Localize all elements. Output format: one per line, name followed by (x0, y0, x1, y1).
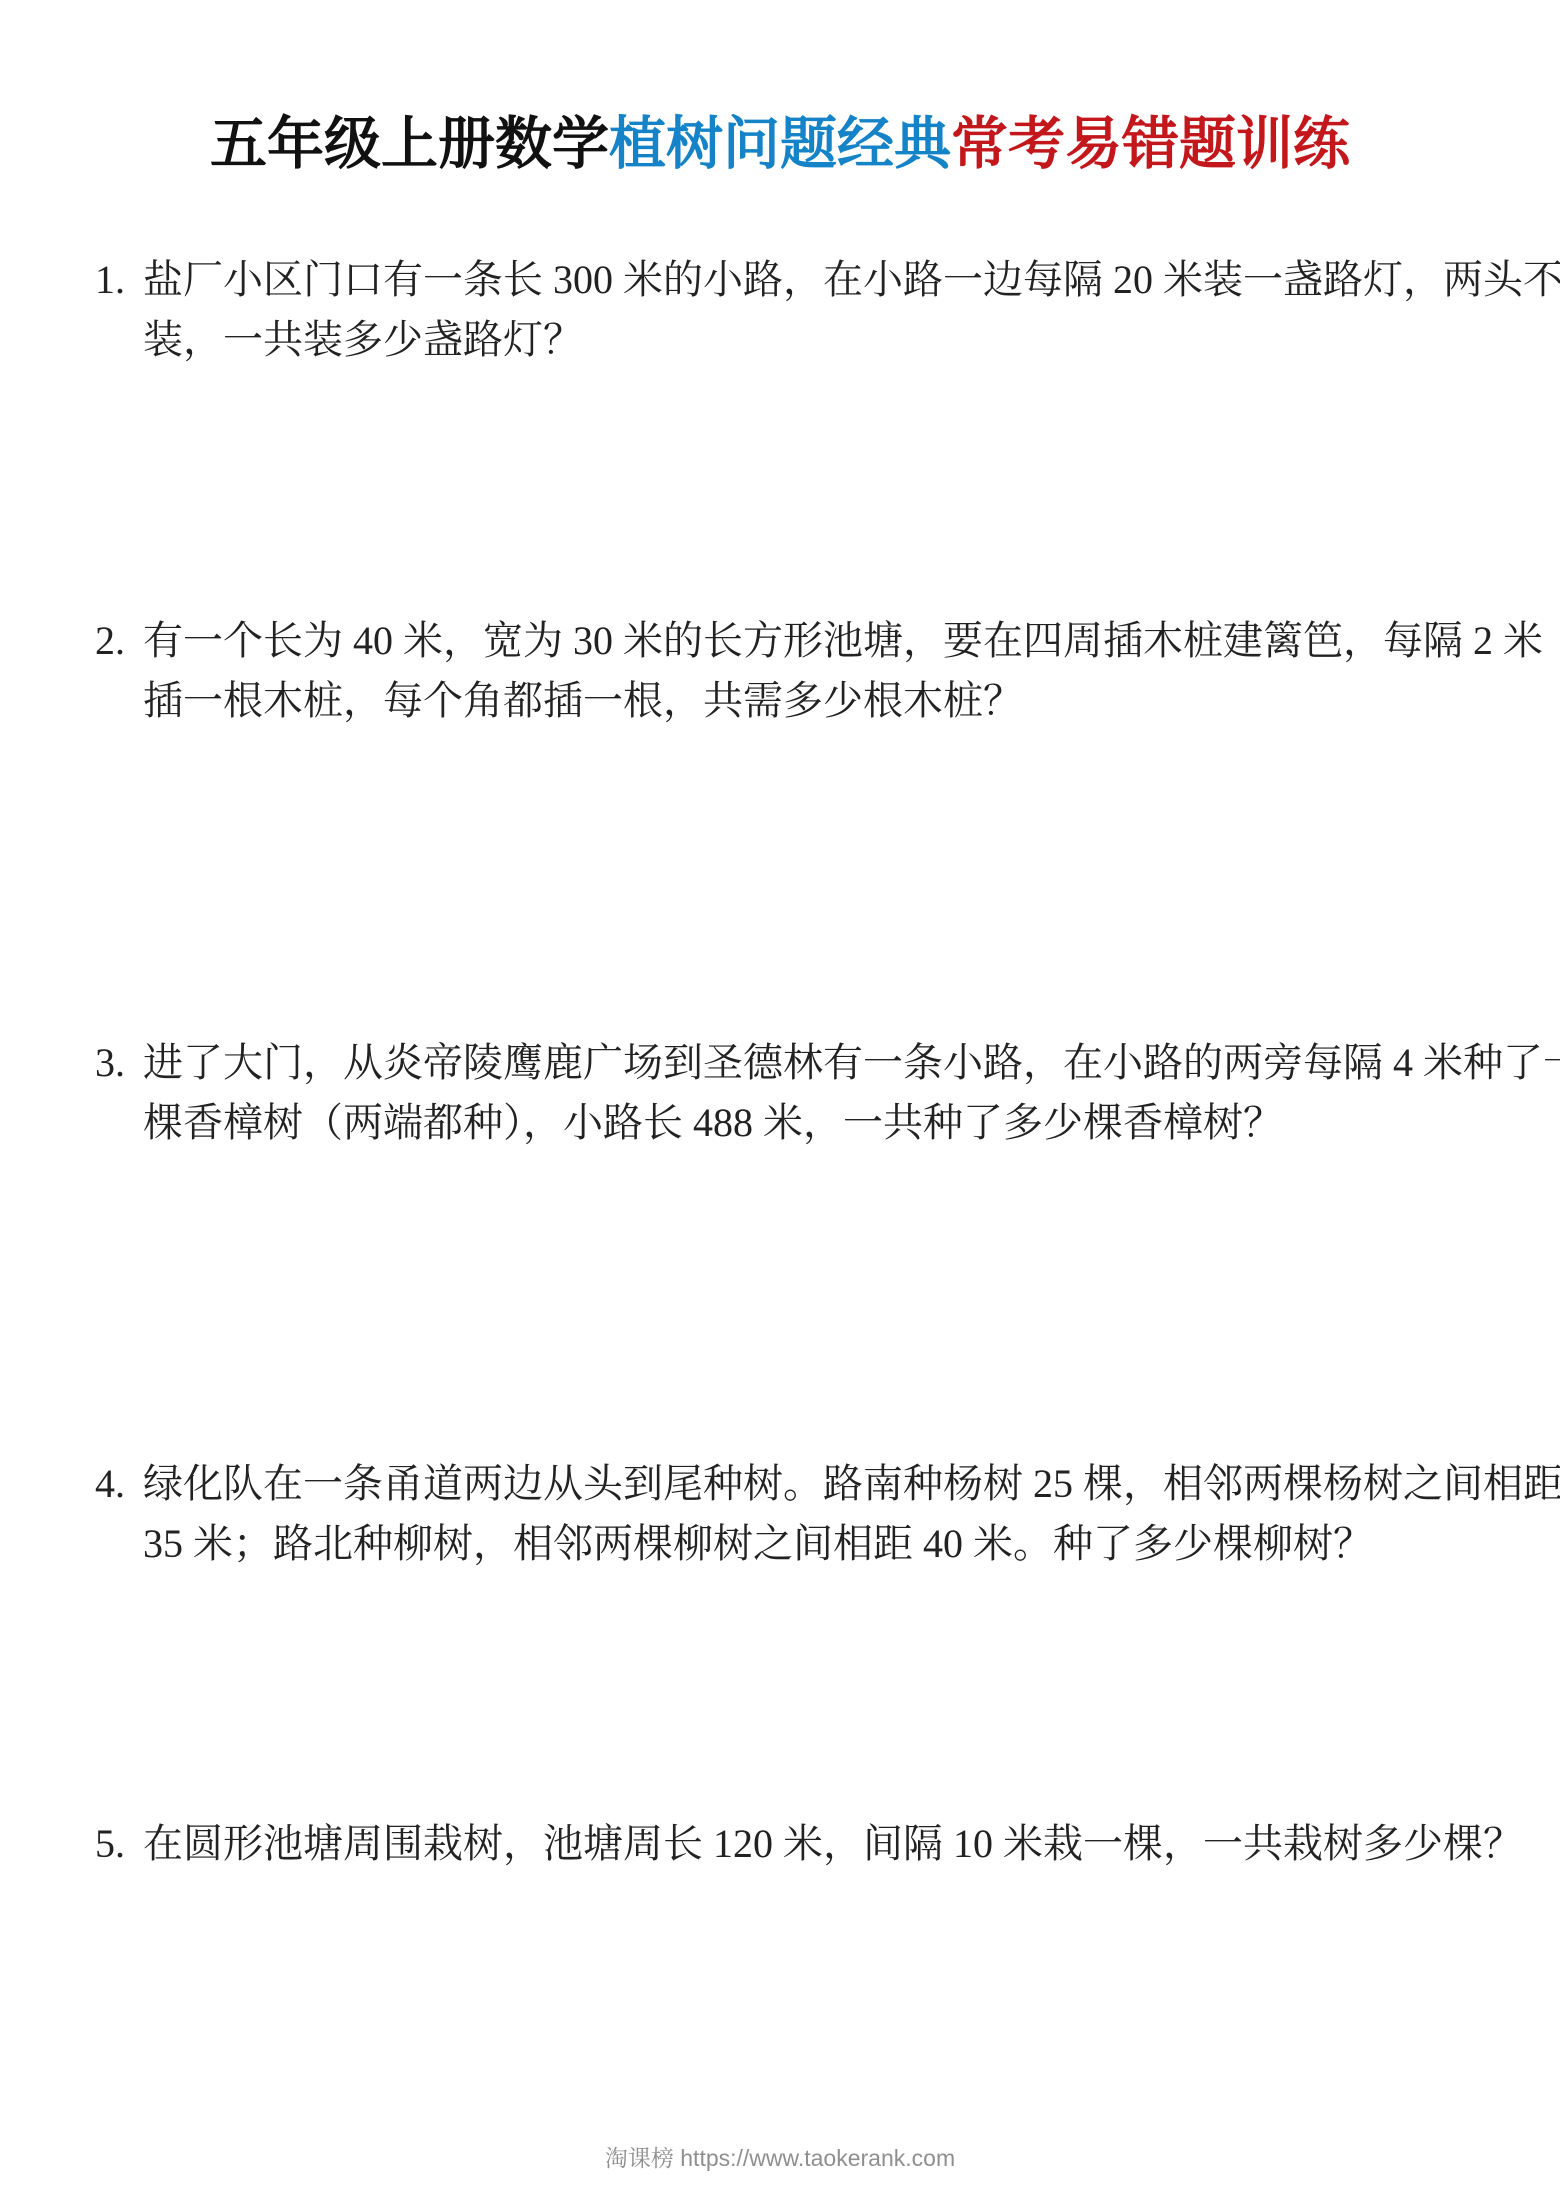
problem-4: 4.绿化队在一条甬道两边从头到尾种树。路南种杨树 25 棵，相邻两棵杨树之间相距… (95, 1454, 1505, 1574)
problem-1-text-cont: 装，一共装多少盏路灯？ (143, 317, 583, 362)
problem-3-line-2: 棵香樟树（两端都种），小路长 488 米，一共种了多少棵香樟树？ (95, 1093, 1505, 1153)
problem-3-text-cont: 棵香樟树（两端都种），小路长 488 米，一共种了多少棵香樟树？ (143, 1100, 1283, 1145)
problem-3-text: 进了大门，从炎帝陵鹰鹿广场到圣德林有一条小路，在小路的两旁每隔 4 米种了一 (143, 1040, 1560, 1085)
problem-2-text: 有一个长为 40 米，宽为 30 米的长方形池塘，要在四周插木桩建篱笆，每隔 2… (143, 618, 1543, 663)
problem-1: 1.盐厂小区门口有一条长 300 米的小路，在小路一边每隔 20 米装一盏路灯，… (95, 250, 1505, 370)
problem-2-text-cont: 插一根木桩，每个角都插一根，共需多少根木桩？ (143, 678, 1023, 723)
problem-1-text: 盐厂小区门口有一条长 300 米的小路，在小路一边每隔 20 米装一盏路灯，两头… (143, 257, 1560, 302)
page-title: 五年级上册数学植树问题经典常考易错题训练 (0, 110, 1560, 178)
problem-2-line-2: 插一根木桩，每个角都插一根，共需多少根木桩？ (95, 671, 1505, 731)
problem-1-line-2: 装，一共装多少盏路灯？ (95, 310, 1505, 370)
problem-5: 5.在圆形池塘周围栽树，池塘周长 120 米，间隔 10 米栽一棵，一共栽树多少… (95, 1814, 1505, 1874)
title-segment-black: 五年级上册数学 (210, 112, 609, 176)
problem-5-number: 5. (95, 1814, 143, 1874)
problem-2-number: 2. (95, 611, 143, 671)
problem-1-number: 1. (95, 250, 143, 310)
problem-5-line-1: 5.在圆形池塘周围栽树，池塘周长 120 米，间隔 10 米栽一棵，一共栽树多少… (95, 1814, 1505, 1874)
problem-4-text-cont: 35 米；路北种柳树，相邻两棵柳树之间相距 40 米。种了多少棵柳树？ (143, 1521, 1373, 1566)
problem-3-number: 3. (95, 1033, 143, 1093)
problem-2-line-1: 2.有一个长为 40 米，宽为 30 米的长方形池塘，要在四周插木桩建篱笆，每隔… (95, 611, 1505, 671)
title-segment-blue: 植树问题经典 (609, 112, 951, 176)
problem-4-line-2: 35 米；路北种柳树，相邻两棵柳树之间相距 40 米。种了多少棵柳树？ (95, 1514, 1505, 1574)
problem-3: 3.进了大门，从炎帝陵鹰鹿广场到圣德林有一条小路，在小路的两旁每隔 4 米种了一… (95, 1033, 1505, 1153)
problem-4-number: 4. (95, 1454, 143, 1514)
problem-4-text: 绿化队在一条甬道两边从头到尾种树。路南种杨树 25 棵，相邻两棵杨树之间相距 (143, 1461, 1560, 1506)
problem-4-line-1: 4.绿化队在一条甬道两边从头到尾种树。路南种杨树 25 棵，相邻两棵杨树之间相距 (95, 1454, 1505, 1514)
problem-1-line-1: 1.盐厂小区门口有一条长 300 米的小路，在小路一边每隔 20 米装一盏路灯，… (95, 250, 1505, 310)
footer-text: 淘课榜 https://www.taokerank.com (605, 2145, 955, 2171)
problem-5-text: 在圆形池塘周围栽树，池塘周长 120 米，间隔 10 米栽一棵，一共栽树多少棵？ (143, 1821, 1523, 1866)
title-segment-red: 常考易错题训练 (951, 112, 1350, 176)
problem-2: 2.有一个长为 40 米，宽为 30 米的长方形池塘，要在四周插木桩建篱笆，每隔… (95, 611, 1505, 731)
footer-watermark: 淘课榜 https://www.taokerank.com (0, 2143, 1560, 2173)
problem-3-line-1: 3.进了大门，从炎帝陵鹰鹿广场到圣德林有一条小路，在小路的两旁每隔 4 米种了一 (95, 1033, 1505, 1093)
